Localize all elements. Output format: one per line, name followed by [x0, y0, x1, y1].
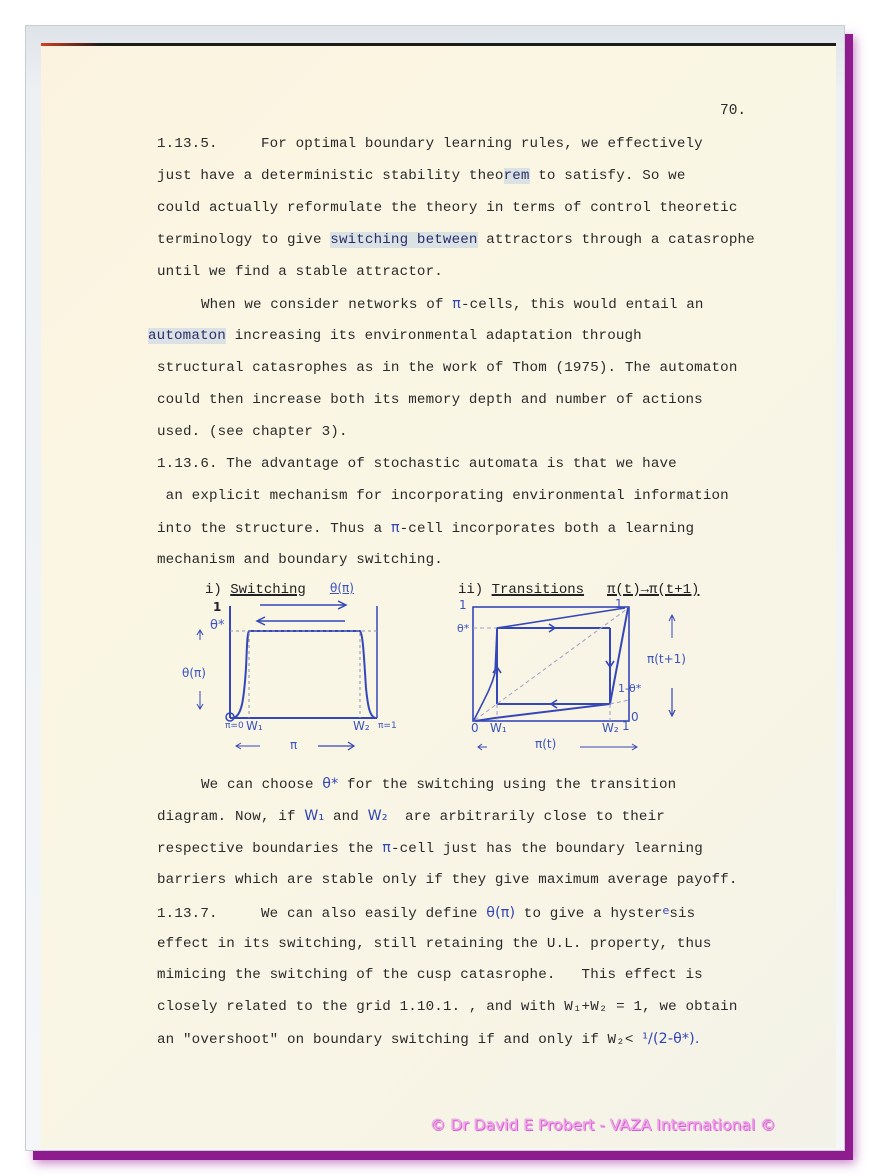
text-line: an explicit mechanism for incorporating … [157, 488, 729, 504]
text-line: 1.13.6. The advantage of stochastic auto… [157, 456, 677, 472]
pi-symbol: π [391, 520, 400, 536]
copyright-watermark: © Dr David E Probert - VAZA Internationa… [430, 1116, 776, 1134]
w2-symbol: W₂ [368, 808, 388, 824]
text-line: terminology to give switching between at… [157, 232, 755, 248]
text-line: automaton increasing its environmental a… [148, 328, 642, 344]
text-line: could then increase both its memory dept… [157, 392, 703, 408]
theta-star-symbol: θ* [322, 776, 338, 792]
text-line: barriers which are stable only if they g… [157, 872, 737, 888]
text-line: respective boundaries the π-cell just ha… [157, 840, 703, 857]
text-line: diagram. Now, if W₁ and W₂ are arbitrari… [157, 808, 665, 825]
text-line: closely related to the grid 1.10.1. , an… [157, 999, 737, 1015]
text-line: used. (see chapter 3). [157, 424, 348, 440]
transitions-plot [445, 578, 735, 763]
page-number: 70. [720, 103, 746, 119]
text-line: until we find a stable attractor. [157, 264, 443, 280]
text-line: We can choose θ* for the switching using… [201, 776, 676, 793]
text-line: could actually reformulate the theory in… [157, 200, 737, 216]
transitions-diagram: ii) Transitions π(t)→π(t+1) 1 θ* 1 1-θ* … [445, 578, 735, 763]
pi-symbol: π [452, 296, 461, 312]
text-line: effect in its switching, still retaining… [157, 936, 712, 952]
text-line: just have a deterministic stability theo… [157, 168, 686, 184]
theta-pi-symbol: θ(π) [486, 905, 515, 921]
pi-symbol: π [382, 840, 391, 856]
text-line: an "overshoot" on boundary switching if … [157, 1031, 700, 1048]
text-line: into the structure. Thus a π-cell incorp… [157, 520, 694, 537]
text-line: When we consider networks of π-cells, th… [201, 296, 704, 313]
handwritten-fraction: ¹/(2-θ*). [642, 1031, 699, 1047]
text-line: structural catasrophes as in the work of… [157, 360, 737, 376]
text-line: mechanism and boundary switching. [157, 552, 443, 568]
switching-plot [170, 578, 410, 763]
w1-symbol: W₁ [304, 808, 324, 824]
text-line: 1.13.7. We can also easily define θ(π) t… [157, 904, 695, 922]
text-line: 1.13.5. For optimal boundary learning ru… [157, 136, 703, 152]
switching-diagram: i) Switching θ(π) 1 θ* θ(π) π=0 W₁ W₂ π=… [170, 578, 410, 763]
text-line: mimicing the switching of the cusp catas… [157, 967, 703, 983]
